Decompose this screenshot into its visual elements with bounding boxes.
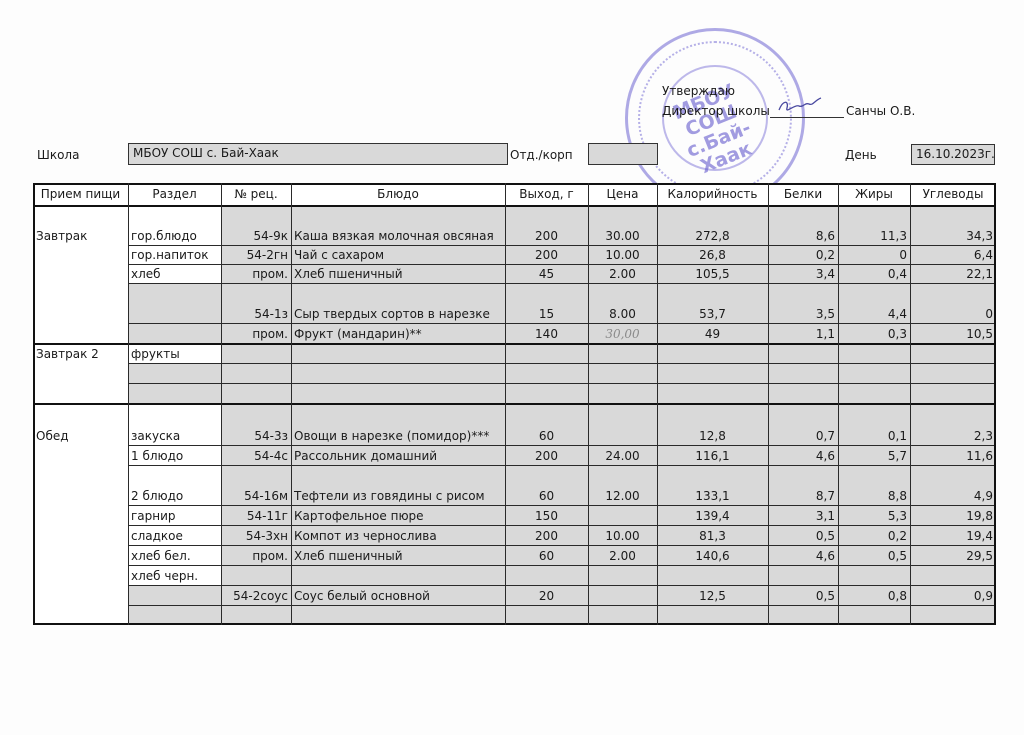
dept-label: Отд./корп xyxy=(510,148,573,162)
cell-kcal: 12,5 xyxy=(657,585,768,605)
grid-line xyxy=(128,545,996,546)
cell-kcal: 116,1 xyxy=(657,445,768,465)
cell-kcal: 105,5 xyxy=(657,264,768,283)
cell-protein: 3,4 xyxy=(768,264,838,283)
cell-recipe: 54-2соус xyxy=(221,585,291,605)
cell-kcal: 272,8 xyxy=(657,205,768,245)
cell-fat xyxy=(838,565,910,585)
cell-carbs xyxy=(910,605,996,625)
column-header-carbs: Углеводы xyxy=(910,183,996,205)
cell-yield: 60 xyxy=(505,545,588,565)
cell-protein: 1,1 xyxy=(768,323,838,343)
cell-kcal: 140,6 xyxy=(657,545,768,565)
cell-dish: Компот из чернослива xyxy=(291,525,505,545)
cell-carbs: 11,6 xyxy=(910,445,996,465)
cell-section: 2 блюдо xyxy=(128,465,221,505)
cell-section: гарнир xyxy=(128,505,221,525)
cell-section xyxy=(128,323,221,343)
cell-recipe xyxy=(221,363,291,383)
cell-protein xyxy=(768,343,838,363)
cell-yield: 200 xyxy=(505,245,588,264)
cell-fat: 0 xyxy=(838,245,910,264)
cell-recipe: 54-11г xyxy=(221,505,291,525)
cell-carbs: 34,3 xyxy=(910,205,996,245)
cell-yield xyxy=(505,605,588,625)
school-label: Школа xyxy=(37,148,79,162)
cell-section: фрукты xyxy=(128,343,221,363)
grid-line xyxy=(128,465,996,466)
cell-recipe: пром. xyxy=(221,264,291,283)
grid-line xyxy=(128,323,996,324)
grid-line xyxy=(505,183,506,625)
grid-line xyxy=(838,183,839,625)
cell-carbs xyxy=(910,383,996,403)
cell-price: 10.00 xyxy=(588,245,657,264)
cell-protein: 3,5 xyxy=(768,283,838,323)
cell-recipe: пром. xyxy=(221,545,291,565)
cell-price: 2.00 xyxy=(588,545,657,565)
cell-carbs: 19,4 xyxy=(910,525,996,545)
cell-protein xyxy=(768,383,838,403)
cell-dish xyxy=(291,565,505,585)
column-header-kcal: Калорийность xyxy=(657,183,768,205)
meal-cell: Завтрак 2 xyxy=(33,343,128,403)
cell-dish: Соус белый основной xyxy=(291,585,505,605)
cell-price: 8.00 xyxy=(588,283,657,323)
grid-line xyxy=(128,445,996,446)
cell-fat xyxy=(838,363,910,383)
cell-protein: 0,5 xyxy=(768,585,838,605)
cell-kcal: 53,7 xyxy=(657,283,768,323)
grid-line xyxy=(128,283,996,284)
cell-kcal xyxy=(657,605,768,625)
cell-yield xyxy=(505,383,588,403)
cell-dish xyxy=(291,605,505,625)
cell-recipe: пром. xyxy=(221,323,291,343)
cell-price xyxy=(588,565,657,585)
cell-carbs: 0 xyxy=(910,283,996,323)
cell-yield: 140 xyxy=(505,323,588,343)
cell-kcal: 26,8 xyxy=(657,245,768,264)
cell-yield xyxy=(505,343,588,363)
cell-dish: Фрукт (мандарин)** xyxy=(291,323,505,343)
column-header-yield: Выход, г xyxy=(505,183,588,205)
cell-yield: 60 xyxy=(505,465,588,505)
signature-line xyxy=(770,117,844,118)
signature-icon xyxy=(775,96,825,116)
cell-carbs: 4,9 xyxy=(910,465,996,505)
cell-section: сладкое xyxy=(128,525,221,545)
cell-protein: 3,1 xyxy=(768,505,838,525)
cell-recipe xyxy=(221,605,291,625)
approve-label: Утверждаю xyxy=(662,84,735,98)
menu-table: Прием пищиРаздел№ рец.БлюдоВыход, гЦенаК… xyxy=(33,183,996,625)
director-name: Санчы О.В. xyxy=(846,104,915,118)
grid-line xyxy=(33,343,996,345)
cell-dish: Хлеб пшеничный xyxy=(291,264,505,283)
cell-section: гор.блюдо xyxy=(128,205,221,245)
grid-line xyxy=(128,565,996,566)
grid-line xyxy=(588,183,589,625)
column-header-section: Раздел xyxy=(128,183,221,205)
column-header-meal: Прием пищи xyxy=(33,183,128,205)
cell-price: 12.00 xyxy=(588,465,657,505)
grid-line xyxy=(768,183,769,625)
cell-dish: Хлеб пшеничный xyxy=(291,545,505,565)
cell-protein: 4,6 xyxy=(768,445,838,465)
cell-yield: 15 xyxy=(505,283,588,323)
dept-field[interactable] xyxy=(588,143,658,165)
cell-fat: 0,4 xyxy=(838,264,910,283)
cell-kcal: 133,1 xyxy=(657,465,768,505)
grid-line xyxy=(128,383,996,384)
grid-line xyxy=(33,623,996,625)
cell-carbs: 29,5 xyxy=(910,545,996,565)
grid-line xyxy=(128,245,996,246)
cell-dish xyxy=(291,363,505,383)
cell-recipe: 54-3хн xyxy=(221,525,291,545)
cell-section: хлеб бел. xyxy=(128,545,221,565)
day-label: День xyxy=(845,148,877,162)
cell-recipe: 54-3з xyxy=(221,403,291,445)
cell-protein: 8,6 xyxy=(768,205,838,245)
cell-protein xyxy=(768,565,838,585)
cell-protein xyxy=(768,363,838,383)
cell-recipe: 54-16м xyxy=(221,465,291,505)
cell-yield xyxy=(505,565,588,585)
grid-line xyxy=(128,525,996,526)
cell-protein xyxy=(768,605,838,625)
column-header-protein: Белки xyxy=(768,183,838,205)
cell-price: 24.00 xyxy=(588,445,657,465)
grid-line xyxy=(33,403,996,405)
cell-price xyxy=(588,605,657,625)
cell-section: хлеб xyxy=(128,264,221,283)
cell-price xyxy=(588,343,657,363)
grid-line xyxy=(657,183,658,625)
cell-yield: 200 xyxy=(505,445,588,465)
cell-price xyxy=(588,585,657,605)
grid-line xyxy=(128,183,129,625)
cell-fat: 0,1 xyxy=(838,403,910,445)
cell-kcal: 49 xyxy=(657,323,768,343)
cell-fat: 5,7 xyxy=(838,445,910,465)
cell-section: хлеб черн. xyxy=(128,565,221,585)
cell-recipe xyxy=(221,383,291,403)
column-header-dish: Блюдо xyxy=(291,183,505,205)
cell-recipe: 54-4с xyxy=(221,445,291,465)
grid-line xyxy=(128,264,996,265)
grid-line xyxy=(128,363,996,364)
cell-yield: 200 xyxy=(505,205,588,245)
cell-price: 30,00 xyxy=(588,323,657,343)
director-label: Директор школы xyxy=(662,104,770,118)
grid-line xyxy=(910,183,911,625)
cell-section xyxy=(128,363,221,383)
cell-section: гор.напиток xyxy=(128,245,221,264)
cell-recipe: 54-2гн xyxy=(221,245,291,264)
cell-yield xyxy=(505,363,588,383)
cell-dish: Овощи в нарезке (помидор)*** xyxy=(291,403,505,445)
cell-protein: 0,7 xyxy=(768,403,838,445)
cell-section: 1 блюдо xyxy=(128,445,221,465)
cell-fat: 0,3 xyxy=(838,323,910,343)
cell-protein: 4,6 xyxy=(768,545,838,565)
cell-dish: Сыр твердых сортов в нарезке xyxy=(291,283,505,323)
school-field[interactable]: МБОУ СОШ с. Бай-Хаак xyxy=(128,143,508,165)
cell-price: 10.00 xyxy=(588,525,657,545)
grid-line xyxy=(33,183,35,625)
cell-recipe xyxy=(221,343,291,363)
cell-kcal xyxy=(657,343,768,363)
cell-section xyxy=(128,383,221,403)
grid-line xyxy=(128,505,996,506)
column-header-price: Цена xyxy=(588,183,657,205)
cell-kcal: 139,4 xyxy=(657,505,768,525)
grid-line xyxy=(291,183,292,625)
cell-dish: Тефтели из говядины с рисом xyxy=(291,465,505,505)
cell-kcal xyxy=(657,565,768,585)
grid-line xyxy=(128,585,996,586)
cell-fat: 8,8 xyxy=(838,465,910,505)
cell-recipe: 54-9к xyxy=(221,205,291,245)
cell-fat: 0,8 xyxy=(838,585,910,605)
cell-price xyxy=(588,383,657,403)
cell-section xyxy=(128,605,221,625)
cell-kcal: 81,3 xyxy=(657,525,768,545)
cell-carbs: 10,5 xyxy=(910,323,996,343)
cell-fat xyxy=(838,605,910,625)
cell-yield: 45 xyxy=(505,264,588,283)
cell-price: 2.00 xyxy=(588,264,657,283)
cell-fat xyxy=(838,383,910,403)
cell-carbs xyxy=(910,565,996,585)
cell-kcal xyxy=(657,383,768,403)
cell-price: 30.00 xyxy=(588,205,657,245)
cell-carbs: 2,3 xyxy=(910,403,996,445)
cell-carbs xyxy=(910,363,996,383)
cell-dish xyxy=(291,343,505,363)
cell-recipe xyxy=(221,565,291,585)
cell-carbs: 19,8 xyxy=(910,505,996,525)
cell-carbs: 22,1 xyxy=(910,264,996,283)
cell-dish xyxy=(291,383,505,403)
cell-fat: 4,4 xyxy=(838,283,910,323)
grid-line xyxy=(994,183,996,625)
cell-fat: 5,3 xyxy=(838,505,910,525)
cell-dish: Каша вязкая молочная овсяная xyxy=(291,205,505,245)
grid-line xyxy=(33,183,996,185)
cell-yield: 200 xyxy=(505,525,588,545)
grid-line xyxy=(33,205,996,207)
cell-fat: 0,5 xyxy=(838,545,910,565)
cell-kcal: 12,8 xyxy=(657,403,768,445)
cell-price xyxy=(588,363,657,383)
column-header-recipe: № рец. xyxy=(221,183,291,205)
cell-carbs: 6,4 xyxy=(910,245,996,264)
cell-kcal xyxy=(657,363,768,383)
cell-fat: 0,2 xyxy=(838,525,910,545)
cell-dish: Рассольник домашний xyxy=(291,445,505,465)
cell-section xyxy=(128,585,221,605)
cell-section: закуска xyxy=(128,403,221,445)
cell-price xyxy=(588,505,657,525)
cell-protein: 0,2 xyxy=(768,245,838,264)
cell-carbs xyxy=(910,343,996,363)
cell-dish: Чай с сахаром xyxy=(291,245,505,264)
cell-carbs: 0,9 xyxy=(910,585,996,605)
cell-fat: 11,3 xyxy=(838,205,910,245)
cell-section xyxy=(128,283,221,323)
cell-yield: 60 xyxy=(505,403,588,445)
cell-recipe: 54-1з xyxy=(221,283,291,323)
column-header-fat: Жиры xyxy=(838,183,910,205)
grid-line xyxy=(128,605,996,606)
grid-line xyxy=(221,183,222,625)
meal-cell: Обед xyxy=(33,403,128,625)
cell-protein: 8,7 xyxy=(768,465,838,505)
cell-yield: 150 xyxy=(505,505,588,525)
meal-cell: Завтрак xyxy=(33,205,128,343)
cell-price xyxy=(588,403,657,445)
cell-yield: 20 xyxy=(505,585,588,605)
day-field[interactable]: 16.10.2023г. xyxy=(911,144,995,165)
cell-fat xyxy=(838,343,910,363)
cell-protein: 0,5 xyxy=(768,525,838,545)
cell-dish: Картофельное пюре xyxy=(291,505,505,525)
